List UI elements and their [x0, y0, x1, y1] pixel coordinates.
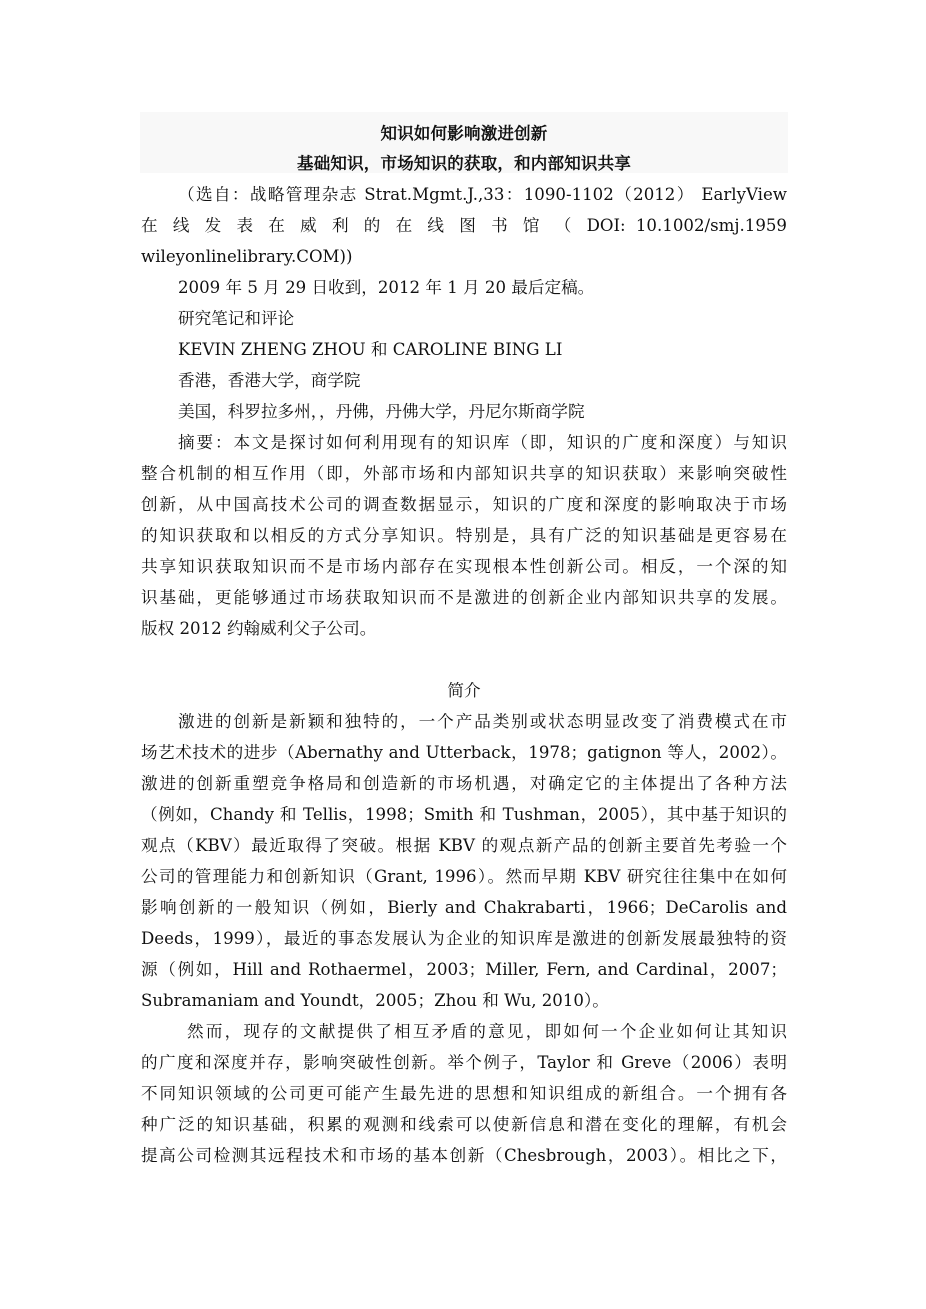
document-subtitle: 基础知识，市场知识的获取，和内部知识共享	[140, 150, 788, 174]
abstract-line: 共享知识获取知识而不是市场内部存在实现根本性创新公司。相反，一个深的知	[141, 557, 787, 577]
body-line: （例如，Chandy 和 Tellis，1998；Smith 和 Tushman…	[141, 805, 787, 825]
body-line: 激进的创新是新颖和独特的，一个产品类别或状态明显改变了消费模式在市	[178, 712, 787, 732]
body-line: 场艺术技术的进步（Abernathy and Utterback，1978；ga…	[141, 743, 787, 763]
body-line: 公司的管理能力和创新知识（Grant, 1996）。然而早期 KBV 研究往往集…	[141, 867, 787, 887]
body-line: 不同知识领域的公司更可能产生最先进的思想和知识组成的新组合。一个拥有各	[141, 1084, 787, 1104]
abstract-line: 整合机制的相互作用（即，外部市场和内部知识共享的知识获取）来影响突破性	[141, 464, 787, 484]
source-line-2: 在 线 发 表 在 威 利 的 在 线 图 书 馆 （ DOI: 10.1002…	[141, 216, 787, 236]
title-block: 知识如何影响激进创新 基础知识，市场知识的获取，和内部知识共享	[140, 112, 788, 173]
abstract-line: 摘要：本文是探讨如何利用现有的知识库（即，知识的广度和深度）与知识	[178, 433, 787, 453]
abstract-line: 版权 2012 约翰威利父子公司。	[141, 619, 787, 639]
authors: KEVIN ZHENG ZHOU 和 CAROLINE BING LI	[178, 340, 787, 360]
body-line: 源（例如，Hill and Rothaermel，2003；Miller, Fe…	[141, 960, 787, 980]
body-line: 提高公司检测其远程技术和市场的基本创新（Chesbrough，2003）。相比之…	[141, 1146, 787, 1166]
received-date: 2009 年 5 月 29 日收到，2012 年 1 月 20 最后定稿。	[178, 278, 787, 298]
affiliation-2: 美国，科罗拉多州，，丹佛，丹佛大学，丹尼尔斯商学院	[178, 402, 787, 422]
body-line: 然而，现存的文献提供了相互矛盾的意见，即如何一个企业如何让其知识	[187, 1022, 787, 1042]
section-type: 研究笔记和评论	[178, 309, 787, 329]
body-line: 观点（KBV）最近取得了突破。根据 KBV 的观点新产品的创新主要首先考验一个	[141, 836, 787, 856]
body-line: 种广泛的知识基础，积累的观测和线索可以使新信息和潜在变化的理解，有机会	[141, 1115, 787, 1135]
affiliation-1: 香港，香港大学，商学院	[178, 371, 787, 391]
section-heading-introduction: 简介	[141, 681, 787, 701]
body-line: 影响创新的一般知识（例如，Bierly and Chakrabarti，1966…	[141, 898, 787, 918]
body-line: Subramaniam and Youndt，2005；Zhou 和 Wu, 2…	[141, 991, 787, 1011]
source-line-1: （选自：战略管理杂志 Strat.Mgmt.J.,33：1090-1102（20…	[178, 185, 787, 205]
abstract-line: 的知识获取和以相反的方式分享知识。特别是，具有广泛的知识基础是更容易在	[141, 526, 787, 546]
body-line: 的广度和深度并存，影响突破性创新。举个例子，Taylor 和 Greve（200…	[141, 1053, 787, 1073]
document-title: 知识如何影响激进创新	[140, 120, 788, 144]
body-line: Deeds，1999），最近的事态发展认为企业的知识库是激进的创新发展最独特的资	[141, 929, 787, 949]
abstract-line: 创新，从中国高技术公司的调查数据显示，知识的广度和深度的影响取决于市场	[141, 495, 787, 515]
source-line-3: wileyonlinelibrary.COM))	[141, 247, 787, 267]
body-line: 激进的创新重塑竞争格局和创造新的市场机遇，对确定它的主体提出了各种方法	[141, 774, 787, 794]
document-page: 知识如何影响激进创新 基础知识，市场知识的获取，和内部知识共享 （选自：战略管理…	[141, 112, 787, 173]
abstract-line: 识基础，更能够通过市场获取知识而不是激进的创新企业内部知识共享的发展。	[141, 588, 787, 608]
